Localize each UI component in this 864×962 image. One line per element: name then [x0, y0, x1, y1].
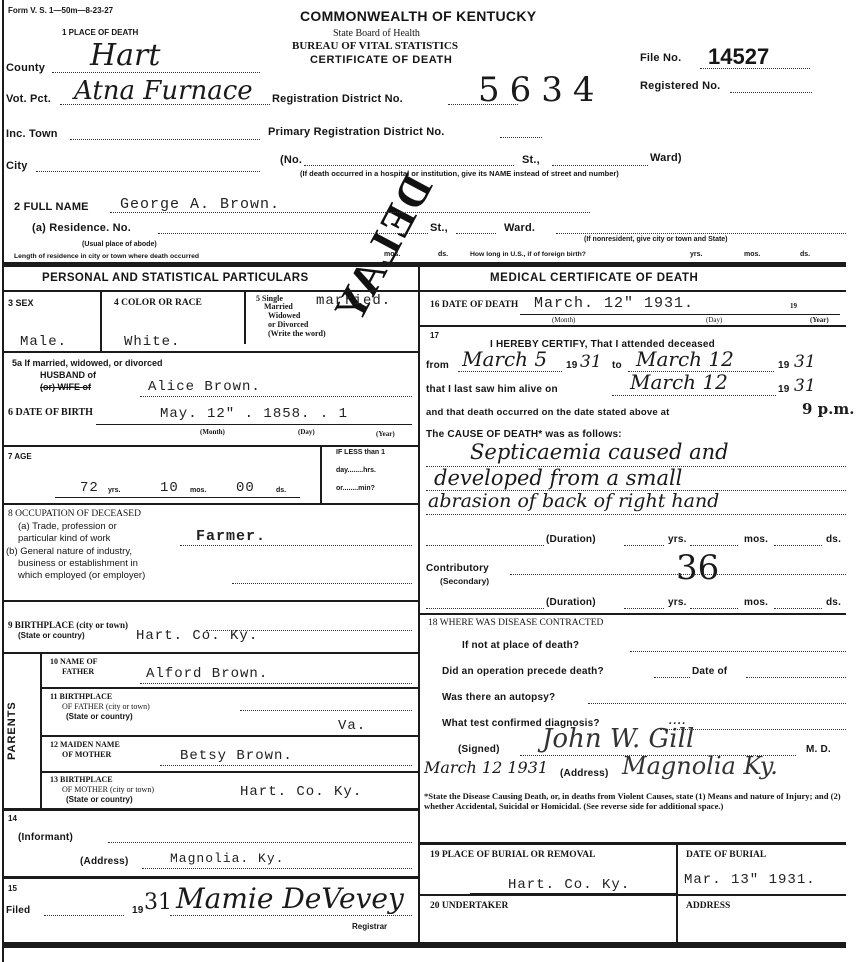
occupation-b-1: (b) General nature of industry, — [6, 546, 132, 557]
registration-district-label: Registration District No. — [272, 93, 403, 105]
undertaker-label: 20 UNDERTAKER — [430, 901, 508, 911]
from-19: 19 — [566, 360, 578, 371]
duration-1-line — [426, 545, 544, 546]
sign-date[interactable]: March 12 1931 — [424, 758, 548, 777]
hospital-note: (If death occurred in a hospital or inst… — [300, 169, 619, 178]
mother-label-2: OF MOTHER — [62, 750, 111, 759]
rule — [4, 290, 418, 292]
employer-line — [232, 583, 412, 584]
header-bureau: BUREAU OF VITAL STATISTICS — [292, 40, 458, 52]
spouse-label-1: 5a If married, widowed, or divorced — [12, 358, 163, 368]
duration-1-yrs: yrs. — [668, 534, 687, 545]
dod-line — [520, 314, 840, 315]
secondary-label: (Secondary) — [440, 576, 489, 586]
registrar-label: Registrar — [352, 922, 387, 931]
autopsy-label: Was there an autopsy? — [442, 692, 555, 703]
duration-1-yrs-line — [624, 545, 664, 546]
dod-day-label: (Day) — [706, 316, 722, 324]
mother-birthplace-label-3: (State or country) — [66, 795, 133, 804]
header-separator — [4, 262, 846, 267]
length-of-residence-label: Length of residence in city or town wher… — [14, 253, 199, 260]
cert-num: 17 — [430, 331, 439, 340]
physician-address-value[interactable]: Magnolia Ky. — [622, 752, 778, 780]
occupation-b-2: business or establishment in — [18, 558, 138, 569]
not-at-place-label: If not at place of death? — [462, 640, 579, 651]
occupation-a-2: particular kind of work — [18, 533, 110, 544]
less-than-day-1: IF LESS than 1 — [336, 449, 385, 456]
filed-num: 15 — [8, 884, 17, 893]
rule — [420, 325, 846, 327]
from-year[interactable]: 31 — [580, 352, 602, 372]
rule — [4, 600, 418, 602]
rule — [4, 503, 418, 505]
age-yrs-label: yrs. — [108, 487, 120, 494]
rule — [420, 842, 846, 845]
rule — [100, 292, 102, 352]
registrar-line — [170, 915, 412, 916]
informant-address-value[interactable]: Magnolia. Ky. — [170, 851, 284, 866]
occupation-b-3: which employed (or employer) — [18, 570, 145, 581]
dob-month-label: (Month) — [200, 428, 225, 436]
rule — [420, 894, 846, 896]
no-label: (No. — [280, 154, 302, 166]
file-no-label: File No. — [640, 52, 681, 64]
occupation-value[interactable]: Farmer. — [196, 528, 266, 545]
from-date[interactable]: March 5 — [462, 347, 547, 371]
place-of-death-label: 1 PLACE OF DEATH — [62, 28, 138, 37]
filed-date-line — [44, 915, 124, 916]
duration-1-ds-line — [774, 545, 822, 546]
rule — [420, 290, 846, 292]
informant-label: (Informant) — [18, 832, 73, 843]
occupation-a-1: (a) Trade, profession or — [18, 521, 117, 532]
contributory-value[interactable]: 36 — [676, 548, 719, 588]
age-mos-label: mos. — [190, 487, 206, 494]
header-title: COMMONWEALTH OF KENTUCKY — [300, 8, 536, 24]
dod-19: 19 — [790, 302, 797, 310]
less-than-day-2: day........hrs. — [336, 467, 376, 474]
mother-birthplace-label-2: OF MOTHER (city or town) — [62, 785, 154, 794]
residence-mos: mos. — [384, 251, 400, 258]
birthplace-label-1: 9 BIRTHPLACE (city or town) — [8, 620, 128, 630]
duration-2-label: (Duration) — [546, 597, 596, 608]
rule — [4, 808, 418, 811]
last-saw-line — [612, 395, 776, 396]
death-time-label: and that death occurred on the date stat… — [426, 407, 670, 418]
marital-label-3: Widowed — [268, 311, 300, 320]
last-saw-year[interactable]: 31 — [794, 376, 816, 396]
mother-birthplace-value[interactable]: Hart. Co. Ky. — [240, 784, 362, 800]
last-saw-date[interactable]: March 12 — [630, 370, 728, 394]
spouse-label-2: HUSBAND of — [40, 370, 96, 380]
spouse-value[interactable]: Alice Brown. — [148, 379, 261, 395]
duration-1-mos: mos. — [744, 534, 768, 545]
residence-st-line — [456, 233, 496, 234]
residence-line — [158, 233, 428, 234]
full-name-label: 2 FULL NAME — [14, 201, 89, 213]
occupation-label: 8 OCCUPATION OF DECEASED — [8, 509, 141, 519]
not-at-place-line — [630, 651, 846, 652]
mother-line — [160, 765, 412, 766]
dod-label: 16 DATE OF DEATH — [430, 300, 518, 310]
informant-address-line — [142, 868, 412, 869]
birthplace-label-2: (State or country) — [18, 631, 85, 640]
rule — [40, 771, 418, 773]
rule — [4, 445, 418, 447]
rule — [40, 687, 418, 689]
full-name-value[interactable]: George A. Brown. — [120, 196, 280, 213]
dob-label: 6 DATE OF BIRTH — [8, 407, 93, 418]
informant-address-label: (Address) — [80, 856, 128, 867]
primary-registration-label: Primary Registration District No. — [268, 126, 445, 138]
primary-registration-line — [500, 137, 542, 138]
burial-date-label: DATE OF BURIAL — [686, 850, 766, 860]
usual-place-note: (Usual place of abode) — [82, 241, 157, 248]
st-label: St., — [522, 154, 540, 166]
rule — [420, 613, 846, 615]
signed-label: (Signed) — [458, 744, 500, 755]
rule — [40, 735, 418, 737]
date-of-line — [746, 677, 846, 678]
death-time[interactable]: 9 p.m. — [802, 400, 854, 418]
father-birthplace-label-3: (State or country) — [66, 712, 133, 721]
registered-no-line — [730, 92, 812, 93]
father-birthplace-value[interactable]: Va. — [338, 718, 366, 734]
last-saw-label: that I last saw him alive on — [426, 384, 558, 395]
duration-2-line — [426, 608, 544, 609]
father-birthplace-label-1: 11 BIRTHPLACE — [50, 692, 112, 701]
cause-line-3 — [426, 514, 846, 515]
marital-label-4: or Divorced — [268, 320, 308, 329]
age-days[interactable]: 00 — [236, 480, 255, 496]
duration-2-ds-line — [774, 608, 822, 609]
rule — [40, 654, 42, 809]
md-label: M. D. — [806, 744, 831, 755]
rule — [4, 876, 418, 879]
father-label-2: FATHER — [62, 667, 94, 676]
nonresident-note: (If nonresident, give city or town and S… — [584, 236, 728, 243]
date-of-label: Date of — [692, 666, 727, 677]
header-certificate: CERTIFICATE OF DEATH — [310, 54, 452, 66]
duration-1-label: (Duration) — [546, 534, 596, 545]
city-label: City — [6, 160, 28, 172]
marital-value[interactable]: married. — [316, 293, 391, 309]
informant-line — [108, 842, 412, 843]
operation-line — [654, 677, 690, 678]
residence-st-label: St., — [430, 222, 448, 234]
age-months[interactable]: 10 — [160, 480, 179, 496]
cause-label: The CAUSE OF DEATH* was as follows: — [426, 429, 622, 440]
cause-line-3-value[interactable]: abrasion of back of right hand — [428, 490, 719, 512]
cause-line-1-value[interactable]: Septicaemia caused and — [470, 440, 729, 464]
dod-year-label: (Year) — [810, 316, 829, 324]
registration-district-value[interactable]: 5634 — [478, 70, 605, 110]
to-label: to — [612, 360, 622, 371]
age-label: 7 AGE — [8, 452, 32, 461]
duration-1-ds: ds. — [826, 534, 841, 545]
spouse-label-3: (or) WIFE of — [40, 382, 91, 392]
residence-ward-line — [556, 233, 846, 234]
rule — [244, 292, 246, 344]
last-saw-19: 19 — [778, 384, 790, 395]
foreign-yrs: yrs. — [690, 251, 702, 258]
mother-value[interactable]: Betsy Brown. — [180, 748, 293, 764]
cause-line-2-value[interactable]: developed from a small — [434, 466, 682, 490]
footer-separator — [4, 942, 846, 948]
file-no: 14527 — [708, 44, 769, 70]
undertaker-address-label: ADDRESS — [686, 901, 730, 911]
medical-section-title: MEDICAL CERTIFICATE OF DEATH — [490, 272, 698, 284]
file-no-line — [700, 68, 810, 69]
st-line — [552, 165, 648, 166]
age-ds-label: ds. — [276, 487, 286, 494]
left-border — [2, 0, 4, 962]
city-line — [36, 171, 260, 172]
duration-2-mos: mos. — [744, 597, 768, 608]
to-19: 19 — [778, 360, 790, 371]
burial-date-value[interactable]: Mar. 13" 1931. — [684, 872, 816, 888]
filed-year-prefix: 19 — [132, 905, 144, 916]
contracted-label: 18 WHERE WAS DISEASE CONTRACTED — [428, 618, 603, 628]
sex-value[interactable]: Male. — [20, 334, 67, 350]
inc-town-label: Inc. Town — [6, 128, 58, 140]
from-label: from — [426, 360, 449, 371]
to-year[interactable]: 31 — [794, 352, 816, 372]
birthplace-value[interactable]: Hart. Co. Ky. — [136, 628, 258, 644]
contributory-label: Contributory — [426, 563, 489, 574]
sex-label: 3 SEX — [8, 298, 34, 308]
color-label: 4 COLOR OR RACE — [114, 298, 202, 308]
personal-section-title: PERSONAL AND STATISTICAL PARTICULARS — [42, 272, 309, 284]
spouse-line — [140, 396, 412, 397]
physician-address-label: (Address) — [560, 768, 608, 779]
dob-year-label: (Year) — [376, 430, 395, 438]
header-board: State Board of Health — [333, 28, 420, 39]
dod-month-label: (Month) — [552, 316, 575, 324]
filed-year[interactable]: 31 — [144, 890, 172, 915]
dob-day-label: (Day) — [298, 428, 315, 436]
burial-value[interactable]: Hart. Co. Ky. — [508, 877, 630, 893]
mother-birthplace-label-1: 13 BIRTHPLACE — [50, 775, 113, 784]
mother-label-1: 12 MAIDEN NAME — [50, 740, 120, 749]
vot-pct-value[interactable]: Atna Furnace — [74, 76, 253, 106]
operation-label: Did an operation precede death? — [442, 666, 604, 677]
ward-label: Ward) — [650, 152, 682, 164]
less-than-day-3: or........min? — [336, 485, 375, 492]
registrar-signature[interactable]: Mamie DeVevey — [176, 882, 404, 915]
foreign-birth-label: How long in U.S., if of foreign birth? — [470, 251, 586, 258]
duration-2-yrs: yrs. — [668, 597, 687, 608]
duration-1-mos-line — [690, 545, 738, 546]
parents-label: PARENTS — [6, 701, 18, 760]
to-date[interactable]: March 12 — [636, 347, 734, 371]
county-label: County — [6, 62, 45, 74]
father-label-1: 10 NAME OF — [50, 657, 98, 666]
rule — [320, 447, 322, 503]
registered-no-label: Registered No. — [640, 80, 720, 92]
form-id: Form V. S. 1—50m—8-23-27 — [8, 6, 113, 15]
residence-label: (a) Residence. No. — [32, 222, 131, 234]
residence-ward-label: Ward. — [504, 222, 535, 234]
from-line — [458, 371, 562, 372]
duration-2-ds: ds. — [826, 597, 841, 608]
dob-line — [96, 424, 412, 425]
burial-label: 19 PLACE OF BURIAL OR REMOVAL — [430, 850, 595, 860]
color-value[interactable]: White. — [124, 334, 180, 350]
no-line — [304, 165, 514, 166]
marital-label-2: Married — [264, 302, 293, 311]
father-birthplace-label-2: OF FATHER (city or town) — [62, 702, 150, 711]
occupation-line — [180, 545, 412, 546]
rule — [4, 652, 418, 654]
dob-value[interactable]: May. 12" . 1858. . 1 — [160, 406, 348, 422]
filed-label: Filed — [6, 905, 30, 916]
age-line — [55, 497, 300, 498]
dod-value[interactable]: March. 12" 1931. — [534, 295, 694, 312]
age-years[interactable]: 72 — [80, 480, 99, 496]
foreign-ds: ds. — [800, 251, 810, 258]
county-value[interactable]: Hart — [90, 38, 160, 73]
autopsy-line — [588, 703, 846, 704]
marital-label-5: (Write the word) — [268, 329, 326, 338]
residence-ds: ds. — [438, 251, 448, 258]
foreign-mos: mos. — [744, 251, 760, 258]
inc-town-line — [70, 139, 260, 140]
father-birthplace-line — [240, 710, 412, 711]
signed-value[interactable]: John W. Gill — [542, 724, 694, 754]
footnote: *State the Disease Causing Death, or, in… — [424, 792, 844, 811]
vot-pct-label: Vot. Pct. — [6, 93, 51, 105]
rule — [4, 351, 418, 353]
informant-num: 14 — [8, 814, 17, 823]
father-line — [140, 683, 412, 684]
duration-2-yrs-line — [624, 608, 664, 609]
duration-2-mos-line — [690, 608, 738, 609]
father-value[interactable]: Alford Brown. — [146, 666, 268, 682]
